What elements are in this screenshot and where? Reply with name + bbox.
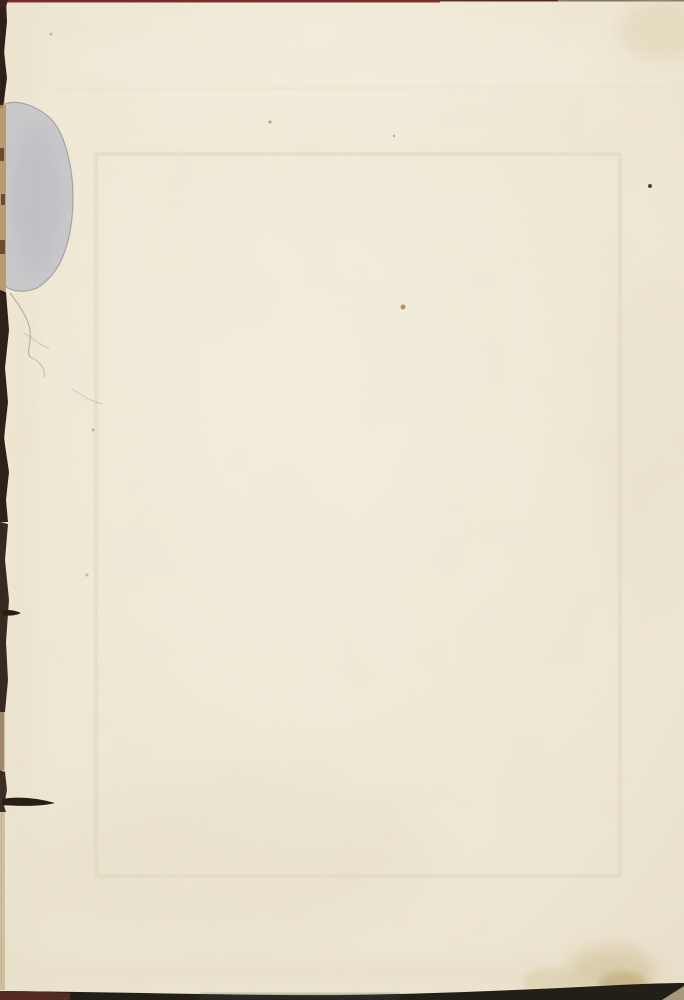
paper-grain [0,0,684,1000]
page-scan [0,0,684,1000]
book-page-photo [0,0,684,1000]
